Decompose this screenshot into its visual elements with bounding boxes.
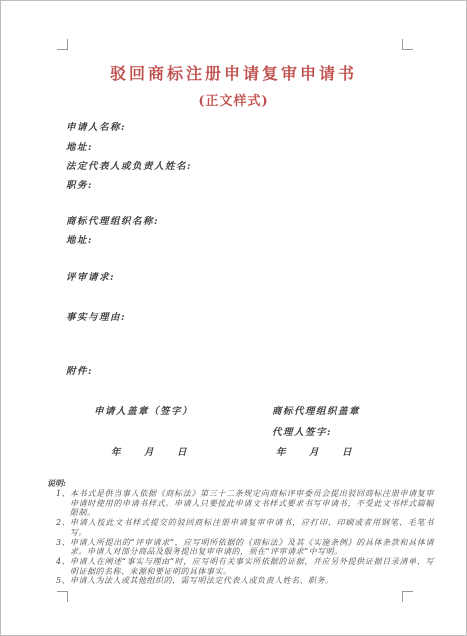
note-item: 1、 本书式是供当事人依据《商标法》第三十二条规定向商标评审委员会提出驳回商标注… bbox=[56, 489, 434, 518]
notes-list: 1、 本书式是供当事人依据《商标法》第三十二条规定向商标评审委员会提出驳回商标注… bbox=[56, 489, 434, 586]
field-applicant-address: 地址: bbox=[66, 139, 93, 153]
field-agency-address: 地址: bbox=[66, 232, 93, 246]
note-text: 申请人按此文书样式提交的驳回商标注册申请复审申请书，应打印、印刷或者用钢笔、毛笔… bbox=[70, 518, 434, 537]
note-text: 申请人所提出的“评审请求”，应写明所依据的《商标法》及其《实施条例》的具体条款和… bbox=[70, 538, 434, 557]
document-page: 驳回商标注册申请复审申请书 (正文样式) 申请人名称: 地址: 法定代表人或负责… bbox=[0, 0, 467, 636]
note-number: 5、 bbox=[56, 576, 70, 586]
note-item: 4、 申请人在阐述“事实与理由”时，应写明有关事实所依据的证据，并应另外提供证据… bbox=[56, 557, 434, 576]
field-agency-name: 商标代理组织名称: bbox=[66, 213, 159, 227]
agency-date-line: 年 月 日 bbox=[276, 444, 353, 458]
applicant-date-line: 年 月 日 bbox=[111, 444, 188, 458]
note-number: 1、 bbox=[56, 489, 70, 518]
page-subtitle: (正文样式) bbox=[1, 90, 466, 109]
note-number: 2、 bbox=[56, 518, 70, 537]
note-item: 2、 申请人按此文书样式提交的驳回商标注册申请复审申请书，应打印、印刷或者用钢笔… bbox=[56, 518, 434, 537]
field-legal-representative: 法定代表人或负责人姓名: bbox=[66, 158, 192, 172]
note-number: 4、 bbox=[56, 557, 70, 576]
field-facts-and-reasons: 事实与理由: bbox=[66, 309, 126, 323]
field-attachments: 附件: bbox=[66, 363, 93, 377]
note-item: 5、 申请人为法人或其他组织的，需写明法定代表人或负责人姓名、职务。 bbox=[56, 576, 434, 586]
crop-mark-bottom-left bbox=[57, 591, 68, 602]
note-text: 申请人在阐述“事实与理由”时，应写明有关事实所依据的证据，并应另外提供证据目录清… bbox=[70, 557, 434, 576]
field-review-request: 评审请求: bbox=[66, 269, 115, 283]
crop-mark-top-right bbox=[402, 39, 413, 50]
note-number: 3、 bbox=[56, 538, 70, 557]
agency-seal-label: 商标代理组织盖章 bbox=[272, 403, 360, 417]
note-text: 申请人为法人或其他组织的，需写明法定代表人或负责人姓名、职务。 bbox=[70, 576, 434, 586]
field-applicant-name: 申请人名称: bbox=[66, 119, 126, 133]
note-item: 3、 申请人所提出的“评审请求”，应写明所依据的《商标法》及其《实施条例》的具体… bbox=[56, 538, 434, 557]
crop-mark-top-left bbox=[57, 39, 68, 50]
crop-mark-bottom-right bbox=[402, 591, 413, 602]
applicant-seal-label: 申请人盖章（签字） bbox=[94, 403, 193, 417]
agent-signature-label: 代理人签字: bbox=[272, 424, 332, 438]
page-title: 驳回商标注册申请复审申请书 bbox=[1, 61, 466, 84]
note-text: 本书式是供当事人依据《商标法》第三十二条规定向商标评审委员会提出驳回商标注册申请… bbox=[70, 489, 434, 518]
field-position: 职务: bbox=[66, 177, 93, 191]
notes-heading: 说明: bbox=[47, 478, 66, 489]
